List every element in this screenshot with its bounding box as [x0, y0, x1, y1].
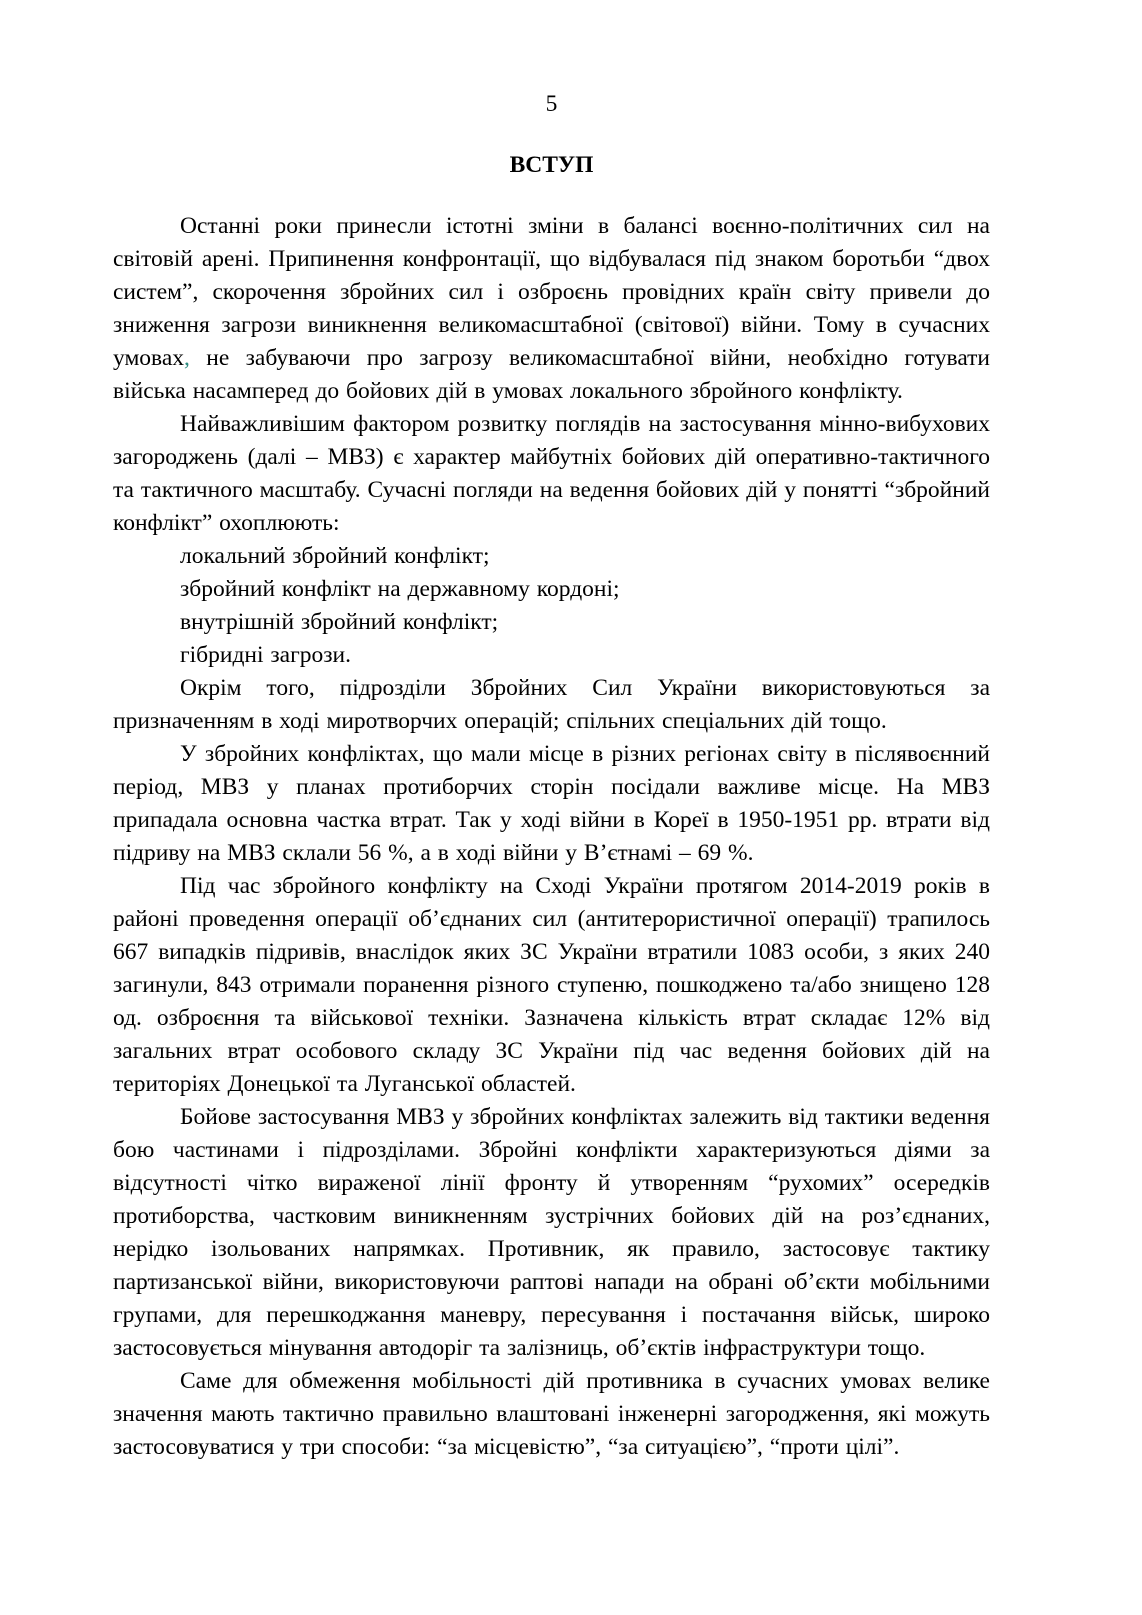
list-item-border-conflict: збройний конфлікт на державному кордоні; [113, 573, 990, 606]
page-number: 5 [113, 88, 990, 121]
paragraph-postwar-losses: У збройних конфліктах, що мали місце в р… [113, 738, 990, 870]
paragraph-intro-text-after: не забуваючи про загрозу великомасштабно… [113, 345, 990, 404]
document-page: 5 ВСТУП Останні роки принесли істотні зм… [0, 0, 1142, 1615]
list-item-hybrid-threats: гібридні загрози. [113, 639, 990, 672]
paragraph-peacekeeping: Окрім того, підрозділи Збройних Сил Укра… [113, 672, 990, 738]
paragraph-engineering-obstacles: Саме для обмеження мобільності дій проти… [113, 1365, 990, 1464]
paragraph-mvz-factor: Найважливішим фактором розвитку поглядів… [113, 408, 990, 540]
list-item-internal-conflict: внутрішній збройний конфлікт; [113, 606, 990, 639]
page-title: ВСТУП [113, 149, 990, 182]
paragraph-combat-use: Бойове застосування МВЗ у збройних конфл… [113, 1101, 990, 1365]
paragraph-east-ukraine-stats: Під час збройного конфлікту на Сході Укр… [113, 870, 990, 1101]
list-item-local-conflict: локальний збройний конфлікт; [113, 540, 990, 573]
paragraph-intro: Останні роки принесли істотні зміни в ба… [113, 210, 990, 408]
